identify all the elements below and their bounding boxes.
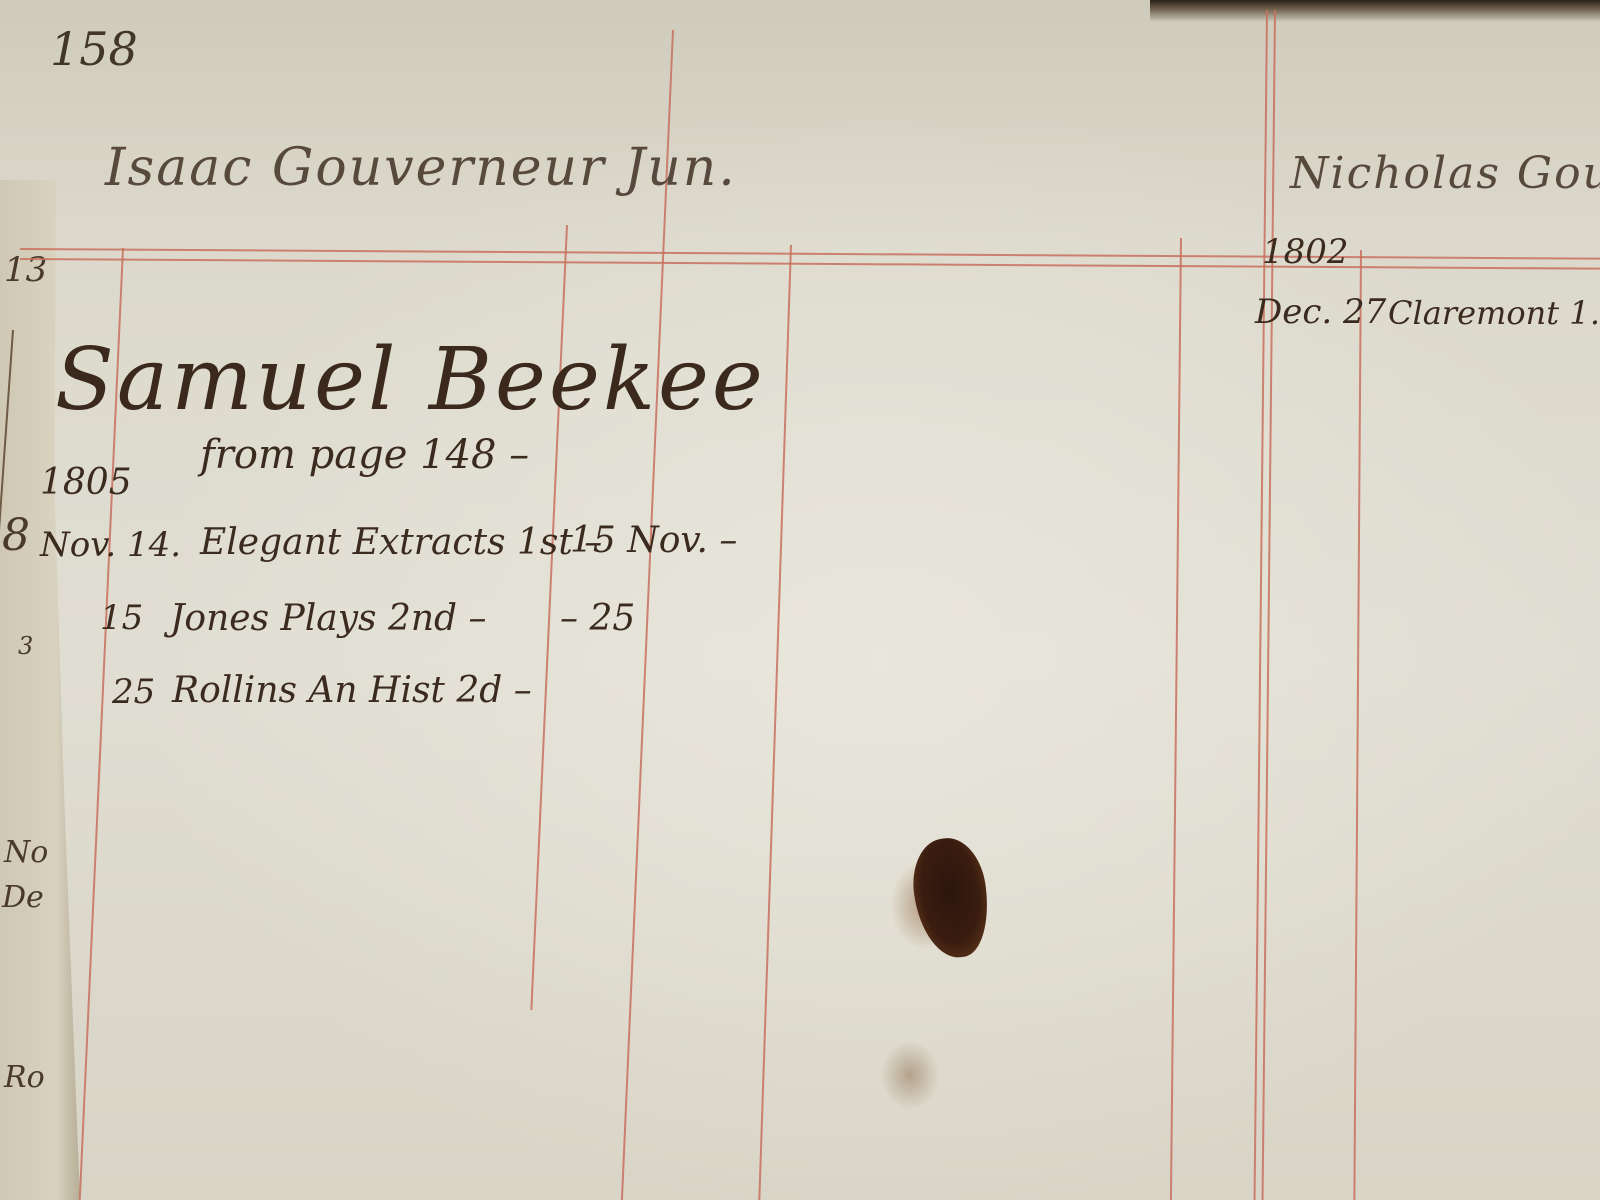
ink-smudge xyxy=(880,1040,940,1110)
entry-return-date: – 25 xyxy=(560,598,635,639)
column-rule xyxy=(1170,238,1182,1200)
header-rule-top xyxy=(20,248,1600,259)
fragment-mark: 13 xyxy=(4,250,47,290)
header-rule-bottom xyxy=(20,258,1600,269)
fragment-mark: No xyxy=(4,835,48,870)
account-name: Samuel Beekee xyxy=(55,330,766,430)
column-rule xyxy=(1353,250,1361,1200)
fragment-mark: 3 xyxy=(18,632,33,660)
fragment-mark: 8 xyxy=(2,510,30,561)
page-edge-shadow xyxy=(1150,0,1600,22)
carried-from-note: from page 148 – xyxy=(200,432,529,478)
fragment-mark: Ro xyxy=(4,1060,45,1095)
ledger-page: 13 8 3 No De Ro 158 Isaac Gouverneur Jun… xyxy=(0,0,1600,1200)
right-entry-date: Dec. 27 xyxy=(1255,292,1386,332)
page-number: 158 xyxy=(50,22,138,76)
header-account-holder-right: Nicholas Gouv xyxy=(1290,148,1600,199)
entry-date: Nov. 14. xyxy=(40,525,181,565)
right-entry-year: 1802 xyxy=(1262,232,1349,272)
fragment-mark: De xyxy=(2,880,44,915)
entry-date: 25 xyxy=(112,672,155,712)
right-entry-description: Claremont 1… xyxy=(1388,294,1600,332)
entry-description: Rollins An Hist 2d – xyxy=(172,670,532,711)
header-account-holder-left: Isaac Gouverneur Jun. xyxy=(105,138,737,198)
entry-year: 1805 xyxy=(40,462,132,503)
entry-description: Jones Plays 2nd – xyxy=(170,598,487,639)
entry-date: 15 xyxy=(100,598,143,638)
entry-return-date: 15 Nov. – xyxy=(570,520,737,561)
entry-description: Elegant Extracts 1st – xyxy=(200,522,602,563)
page-divider-rule xyxy=(1254,10,1268,1200)
